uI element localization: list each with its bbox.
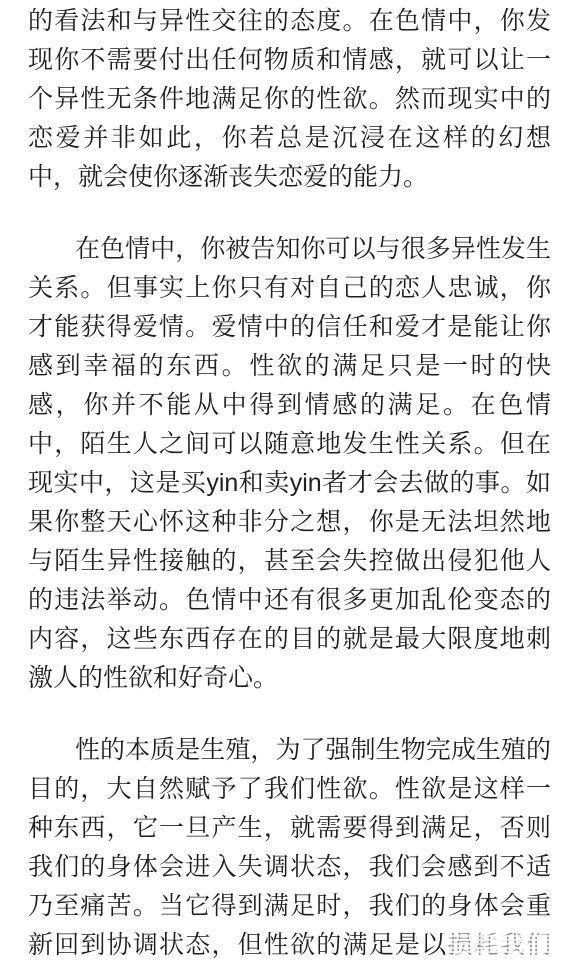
text-line: 感，你并不能从中得到情感的满足。在色情 <box>28 386 551 425</box>
text-line: 的违法举动。色情中还有很多更加乱伦变态的 <box>28 581 551 620</box>
article-page: { "page": { "background_color": "#ffffff… <box>0 0 580 963</box>
watermark-faded-text: 损耗我们 <box>447 931 551 959</box>
text-line: 个异性无条件地满足你的性欲。然而现实中的 <box>28 80 551 119</box>
document-body: 的看法和与异性交往的态度。在色情中，你发现你不需要付出任何物质和情感，就可以让一… <box>0 0 580 963</box>
text-line: 中，陌生人之间可以随意地发生性关系。但在 <box>28 425 551 464</box>
text-line: 与陌生异性接触的，甚至会失控做出侵犯他人 <box>28 542 551 581</box>
text-line: 目的，大自然赋予了我们性欲。性欲是这样一 <box>28 770 551 809</box>
text-line: 新回到协调状态，但性欲的满足是以损耗我们 <box>28 926 551 963</box>
text-line: 种东西，它一旦产生，就需要得到满足，否则 <box>28 809 551 848</box>
text-line: 我们的身体会进入失调状态，我们会感到不适 <box>28 848 551 887</box>
text-line: 现实中，这是买yin和卖yin者才会去做的事。如 <box>28 464 551 503</box>
text-line: 才能获得爱情。爱情中的信任和爱才是能让你 <box>28 308 551 347</box>
text-line: 现你不需要付出任何物质和情感，就可以让一 <box>28 41 551 80</box>
text-line: 内容，这些东西存在的目的就是最大限度地刺 <box>28 620 551 659</box>
text-line: 中，就会使你逐渐丧失恋爱的能力。 <box>28 158 551 197</box>
text-line: 的看法和与异性交往的态度。在色情中，你发 <box>28 2 551 41</box>
text-line: 恋爱并非如此，你若总是沉浸在这样的幻想 <box>28 119 551 158</box>
paragraph: 在色情中，你被告知你可以与很多异性发生关系。但事实上你只有对自己的恋人忠诚，你才… <box>28 230 551 698</box>
text-line: 激人的性欲和好奇心。 <box>28 659 551 698</box>
paragraph: 性的本质是生殖，为了强制生物完成生殖的目的，大自然赋予了我们性欲。性欲是这样一种… <box>28 731 551 963</box>
text-line: 关系。但事实上你只有对自己的恋人忠诚，你 <box>28 269 551 308</box>
text-line: 性的本质是生殖，为了强制生物完成生殖的 <box>28 731 551 770</box>
paragraph: 的看法和与异性交往的态度。在色情中，你发现你不需要付出任何物质和情感，就可以让一… <box>28 2 551 197</box>
text-line: 在色情中，你被告知你可以与很多异性发生 <box>28 230 551 269</box>
text-line: 感到幸福的东西。性欲的满足只是一时的快 <box>28 347 551 386</box>
text-line: 乃至痛苦。当它得到满足时，我们的身体会重 <box>28 887 551 926</box>
text-line: 果你整天心怀这种非分之想，你是无法坦然地 <box>28 503 551 542</box>
